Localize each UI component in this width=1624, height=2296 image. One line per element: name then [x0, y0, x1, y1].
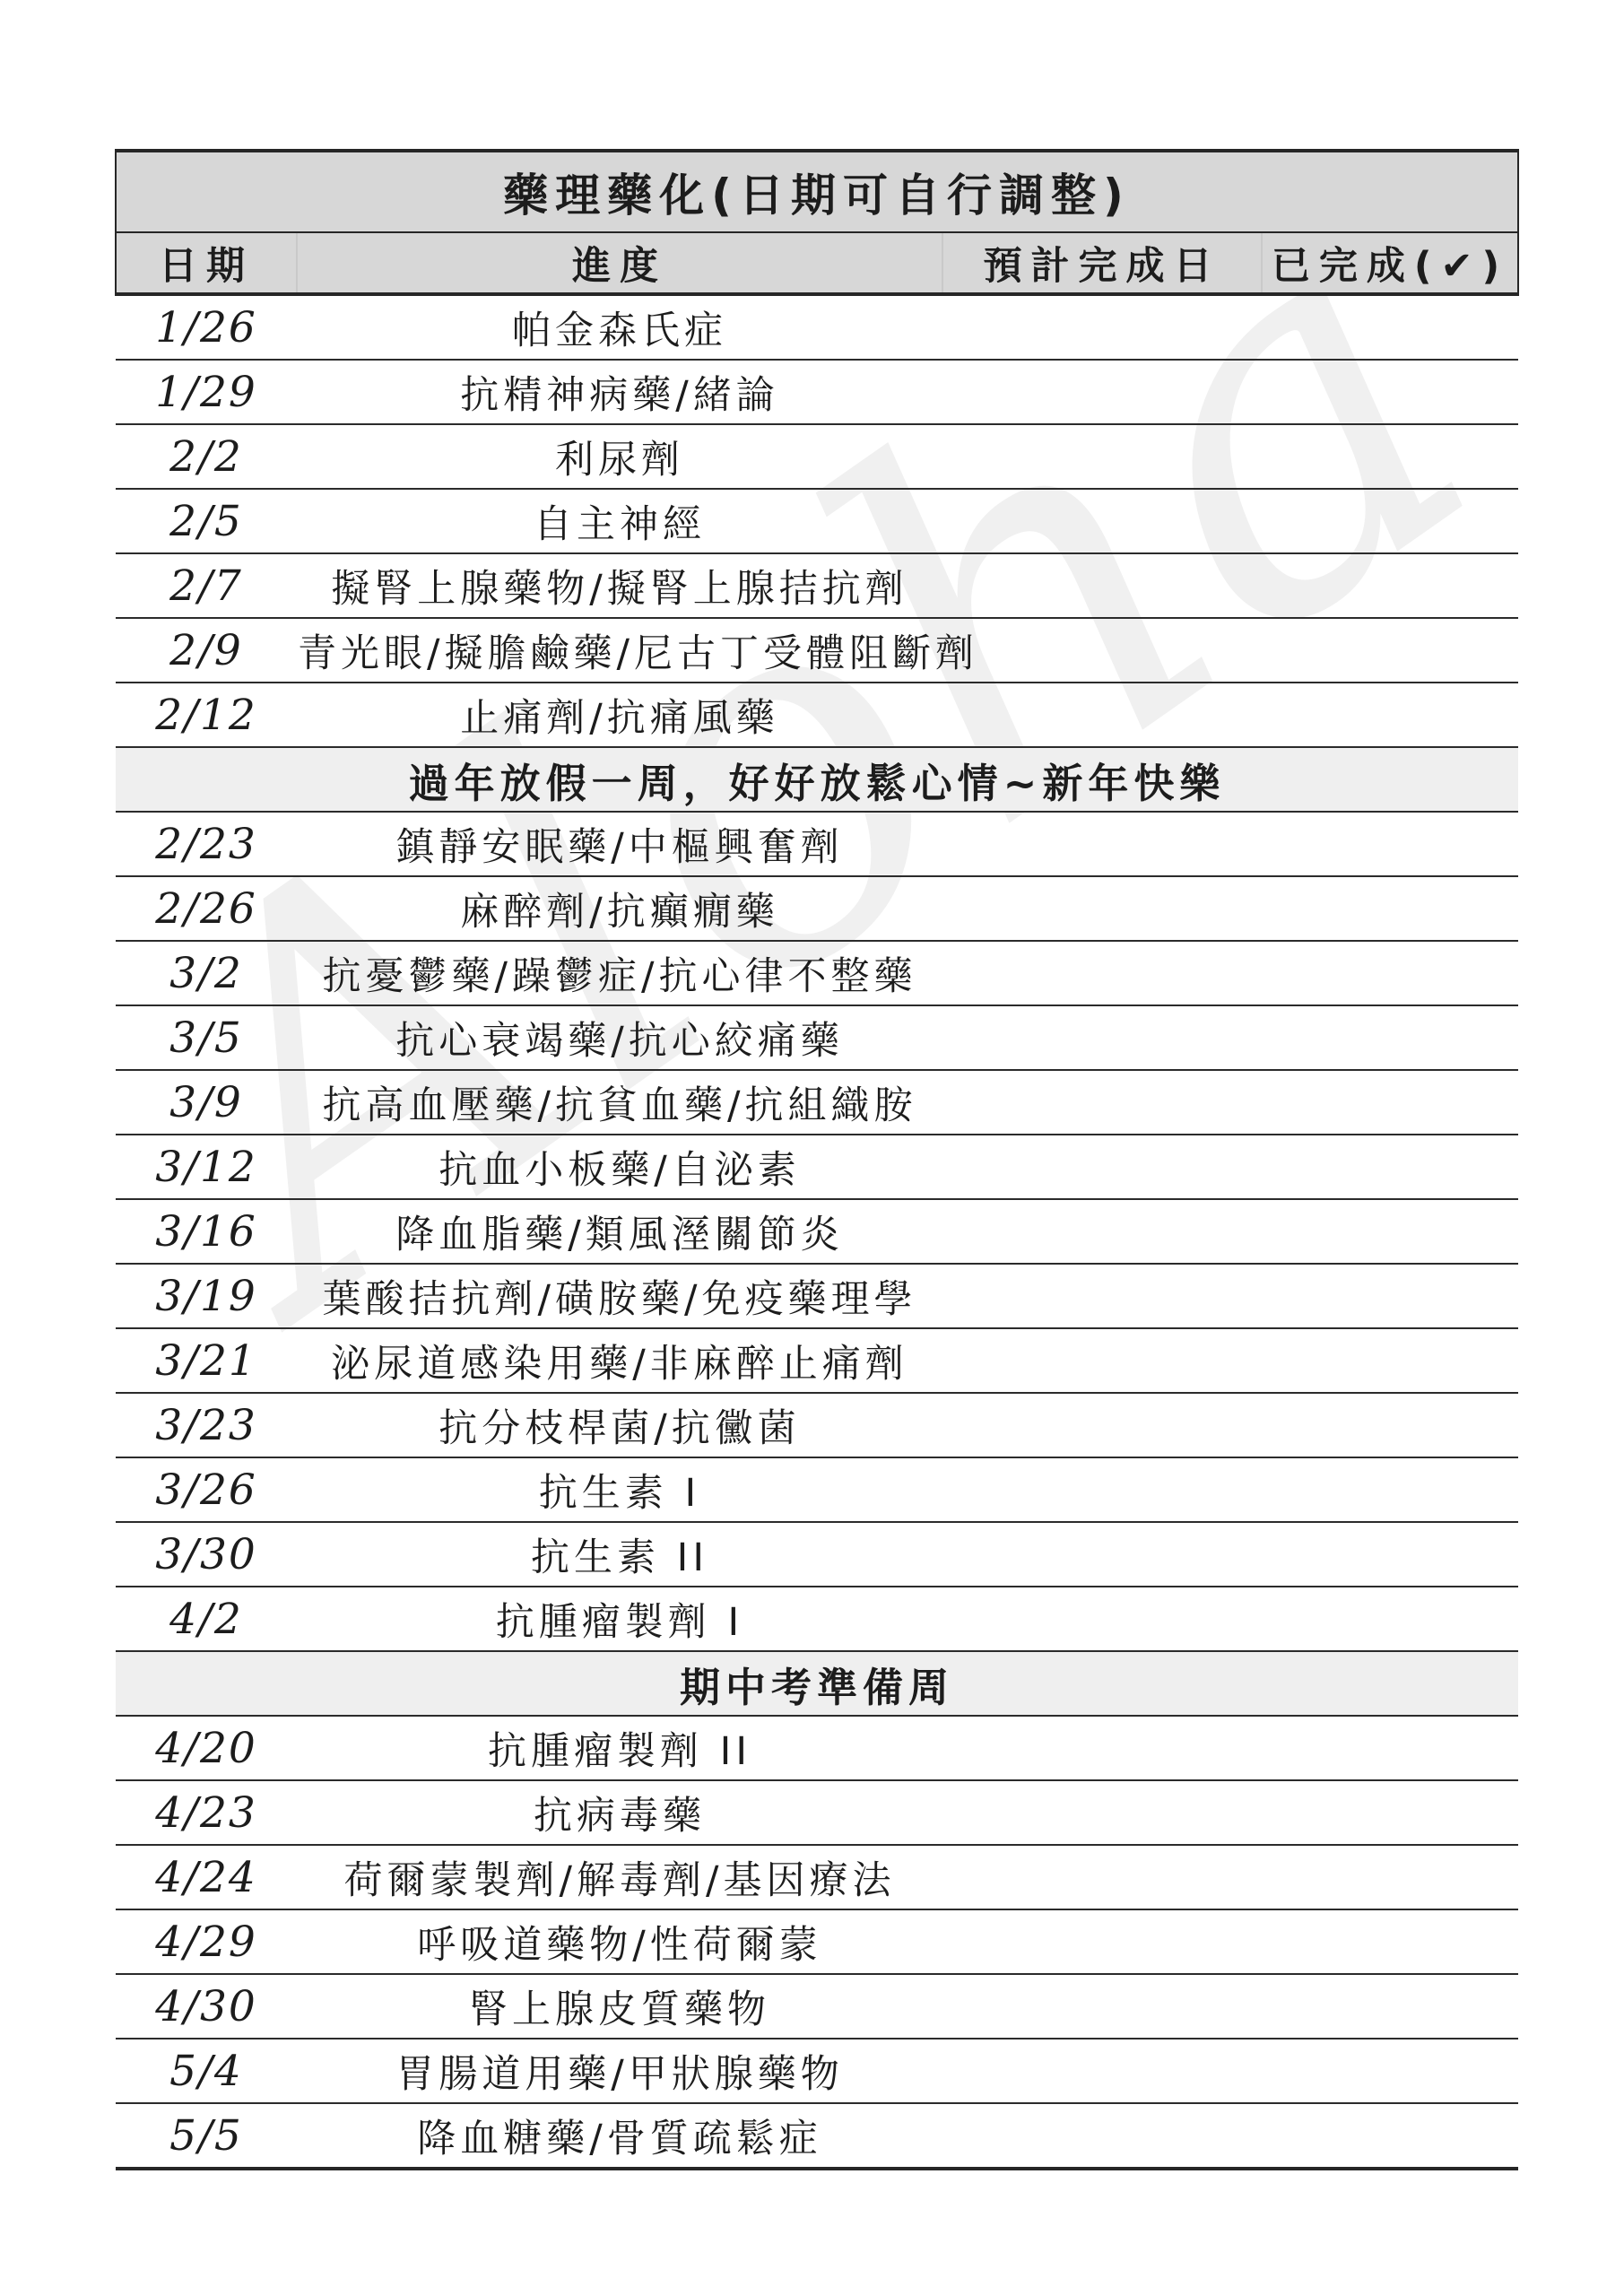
expected-completion-cell: [942, 1328, 1262, 1393]
column-header-row: 日期 進度 預計完成日 已完成(✔): [116, 232, 1518, 294]
expected-completion-cell: [942, 941, 1262, 1005]
expected-completion-cell: [942, 1199, 1262, 1264]
schedule-row: 4/2抗腫瘤製劑 I: [116, 1587, 1518, 1651]
completed-cell: [1262, 1070, 1518, 1135]
expected-completion-cell: [942, 1845, 1262, 1909]
date-cell: 3/21: [116, 1328, 297, 1393]
date-cell: 4/2: [116, 1587, 297, 1651]
progress-cell: 抗心衰竭藥/抗心絞痛藥: [297, 1005, 942, 1070]
completed-cell: [1262, 1393, 1518, 1457]
completed-cell: [1262, 424, 1518, 489]
schedule-row: 3/19葉酸拮抗劑/磺胺藥/免疫藥理學: [116, 1264, 1518, 1328]
completed-cell: [1262, 1587, 1518, 1651]
schedule-row: 2/26麻醉劑/抗癲癇藥: [116, 876, 1518, 941]
date-cell: 5/4: [116, 2039, 297, 2103]
progress-cell: 降血糖藥/骨質疏鬆症: [297, 2103, 942, 2169]
progress-cell: 止痛劑/抗痛風藥: [297, 683, 942, 747]
schedule-row: 3/21泌尿道感染用藥/非麻醉止痛劑: [116, 1328, 1518, 1393]
expected-completion-cell: [942, 1716, 1262, 1780]
schedule-row: 2/5自主神經: [116, 489, 1518, 553]
expected-completion-cell: [942, 489, 1262, 553]
progress-cell: 擬腎上腺藥物/擬腎上腺拮抗劑: [297, 553, 942, 618]
progress-cell: 泌尿道感染用藥/非麻醉止痛劑: [297, 1328, 942, 1393]
column-header-expected-completion-date: 預計完成日: [942, 232, 1262, 294]
date-cell: 4/24: [116, 1845, 297, 1909]
schedule-row: 2/9青光眼/擬膽鹼藥/尼古丁受體阻斷劑: [116, 618, 1518, 683]
date-cell: 3/5: [116, 1005, 297, 1070]
progress-cell: 青光眼/擬膽鹼藥/尼古丁受體阻斷劑: [297, 618, 942, 683]
completed-cell: [1262, 1264, 1518, 1328]
completed-cell: [1262, 941, 1518, 1005]
completed-cell: [1262, 2039, 1518, 2103]
schedule-row: 1/29抗精神病藥/緒論: [116, 360, 1518, 424]
expected-completion-cell: [942, 1135, 1262, 1199]
date-cell: 1/29: [116, 360, 297, 424]
date-cell: 3/30: [116, 1522, 297, 1587]
expected-completion-cell: [942, 1522, 1262, 1587]
schedule-row: 3/23抗分枝桿菌/抗黴菌: [116, 1393, 1518, 1457]
expected-completion-cell: [942, 2103, 1262, 2169]
schedule-row: 3/30抗生素 II: [116, 1522, 1518, 1587]
completed-cell: [1262, 1199, 1518, 1264]
schedule-row: 5/5降血糖藥/骨質疏鬆症: [116, 2103, 1518, 2169]
expected-completion-cell: [942, 424, 1262, 489]
expected-completion-cell: [942, 876, 1262, 941]
date-cell: 4/30: [116, 1974, 297, 2039]
completed-cell: [1262, 876, 1518, 941]
progress-cell: 抗分枝桿菌/抗黴菌: [297, 1393, 942, 1457]
completed-cell: [1262, 1522, 1518, 1587]
progress-cell: 抗生素 I: [297, 1457, 942, 1522]
progress-cell: 自主神經: [297, 489, 942, 553]
completed-cell: [1262, 360, 1518, 424]
completed-cell: [1262, 489, 1518, 553]
date-cell: 2/5: [116, 489, 297, 553]
progress-cell: 抗憂鬱藥/躁鬱症/抗心律不整藥: [297, 941, 942, 1005]
progress-cell: 呼吸道藥物/性荷爾蒙: [297, 1909, 942, 1974]
expected-completion-cell: [942, 1974, 1262, 2039]
completed-cell: [1262, 1457, 1518, 1522]
schedule-row: 5/4胃腸道用藥/甲狀腺藥物: [116, 2039, 1518, 2103]
date-cell: 2/2: [116, 424, 297, 489]
completed-cell: [1262, 812, 1518, 876]
date-cell: 3/12: [116, 1135, 297, 1199]
schedule-row: 2/12止痛劑/抗痛風藥: [116, 683, 1518, 747]
date-cell: 2/23: [116, 812, 297, 876]
expected-completion-cell: [942, 1909, 1262, 1974]
date-cell: 1/26: [116, 294, 297, 360]
column-header-progress: 進度: [297, 232, 942, 294]
date-cell: 2/9: [116, 618, 297, 683]
completed-cell: [1262, 1780, 1518, 1845]
progress-cell: 抗腫瘤製劑 II: [297, 1716, 942, 1780]
completed-cell: [1262, 683, 1518, 747]
progress-cell: 麻醉劑/抗癲癇藥: [297, 876, 942, 941]
progress-cell: 抗病毒藥: [297, 1780, 942, 1845]
schedule-row: 4/29呼吸道藥物/性荷爾蒙: [116, 1909, 1518, 1974]
date-cell: 4/29: [116, 1909, 297, 1974]
completed-cell: [1262, 553, 1518, 618]
schedule-row: 3/9抗高血壓藥/抗貧血藥/抗組織胺: [116, 1070, 1518, 1135]
completed-cell: [1262, 1716, 1518, 1780]
column-header-completed-checkmark: 已完成(✔): [1262, 232, 1518, 294]
progress-cell: 抗高血壓藥/抗貧血藥/抗組織胺: [297, 1070, 942, 1135]
date-cell: 5/5: [116, 2103, 297, 2169]
column-header-date: 日期: [116, 232, 297, 294]
table-title-row: 藥理藥化(日期可自行調整): [116, 151, 1518, 232]
expected-completion-cell: [942, 1070, 1262, 1135]
page-title: 藥理藥化(日期可自行調整): [116, 151, 1518, 232]
completed-cell: [1262, 618, 1518, 683]
progress-cell: 鎮靜安眠藥/中樞興奮劑: [297, 812, 942, 876]
date-cell: 2/26: [116, 876, 297, 941]
expected-completion-cell: [942, 1264, 1262, 1328]
expected-completion-cell: [942, 360, 1262, 424]
progress-cell: 荷爾蒙製劑/解毒劑/基因療法: [297, 1845, 942, 1909]
date-cell: 3/19: [116, 1264, 297, 1328]
section-label: 期中考準備周: [116, 1651, 1518, 1716]
date-cell: 3/16: [116, 1199, 297, 1264]
expected-completion-cell: [942, 812, 1262, 876]
schedule-row: 3/16降血脂藥/類風溼關節炎: [116, 1199, 1518, 1264]
section-row: 期中考準備周: [116, 1651, 1518, 1716]
completed-cell: [1262, 1845, 1518, 1909]
progress-cell: 抗生素 II: [297, 1522, 942, 1587]
expected-completion-cell: [942, 294, 1262, 360]
completed-cell: [1262, 1005, 1518, 1070]
schedule-row: 4/30腎上腺皮質藥物: [116, 1974, 1518, 2039]
expected-completion-cell: [942, 1780, 1262, 1845]
completed-cell: [1262, 1328, 1518, 1393]
completed-cell: [1262, 1974, 1518, 2039]
expected-completion-cell: [942, 1005, 1262, 1070]
schedule-table: 藥理藥化(日期可自行調整) 日期 進度 預計完成日 已完成(✔) 1/26帕金森…: [115, 149, 1519, 2170]
schedule-row: 4/20抗腫瘤製劑 II: [116, 1716, 1518, 1780]
date-cell: 3/26: [116, 1457, 297, 1522]
date-cell: 4/20: [116, 1716, 297, 1780]
schedule-row: 2/23鎮靜安眠藥/中樞興奮劑: [116, 812, 1518, 876]
progress-cell: 腎上腺皮質藥物: [297, 1974, 942, 2039]
date-cell: 3/23: [116, 1393, 297, 1457]
section-row: 過年放假一周，好好放鬆心情~新年快樂: [116, 747, 1518, 812]
completed-cell: [1262, 1135, 1518, 1199]
progress-cell: 利尿劑: [297, 424, 942, 489]
progress-cell: 抗腫瘤製劑 I: [297, 1587, 942, 1651]
section-label: 過年放假一周，好好放鬆心情~新年快樂: [116, 747, 1518, 812]
schedule-row: 3/5抗心衰竭藥/抗心絞痛藥: [116, 1005, 1518, 1070]
completed-cell: [1262, 294, 1518, 360]
schedule-row: 3/12抗血小板藥/自泌素: [116, 1135, 1518, 1199]
schedule-row: 4/23抗病毒藥: [116, 1780, 1518, 1845]
progress-cell: 抗血小板藥/自泌素: [297, 1135, 942, 1199]
expected-completion-cell: [942, 683, 1262, 747]
schedule-row: 2/2利尿劑: [116, 424, 1518, 489]
expected-completion-cell: [942, 553, 1262, 618]
expected-completion-cell: [942, 1457, 1262, 1522]
date-cell: 2/12: [116, 683, 297, 747]
progress-cell: 葉酸拮抗劑/磺胺藥/免疫藥理學: [297, 1264, 942, 1328]
schedule-row: 4/24荷爾蒙製劑/解毒劑/基因療法: [116, 1845, 1518, 1909]
date-cell: 3/2: [116, 941, 297, 1005]
progress-cell: 抗精神病藥/緒論: [297, 360, 942, 424]
schedule-row: 3/2抗憂鬱藥/躁鬱症/抗心律不整藥: [116, 941, 1518, 1005]
completed-cell: [1262, 2103, 1518, 2169]
expected-completion-cell: [942, 1393, 1262, 1457]
expected-completion-cell: [942, 2039, 1262, 2103]
expected-completion-cell: [942, 618, 1262, 683]
progress-cell: 帕金森氏症: [297, 294, 942, 360]
schedule-row: 2/7擬腎上腺藥物/擬腎上腺拮抗劑: [116, 553, 1518, 618]
date-cell: 4/23: [116, 1780, 297, 1845]
progress-cell: 胃腸道用藥/甲狀腺藥物: [297, 2039, 942, 2103]
schedule-row: 1/26帕金森氏症: [116, 294, 1518, 360]
schedule-row: 3/26抗生素 I: [116, 1457, 1518, 1522]
date-cell: 3/9: [116, 1070, 297, 1135]
progress-cell: 降血脂藥/類風溼關節炎: [297, 1199, 942, 1264]
completed-cell: [1262, 1909, 1518, 1974]
date-cell: 2/7: [116, 553, 297, 618]
expected-completion-cell: [942, 1587, 1262, 1651]
